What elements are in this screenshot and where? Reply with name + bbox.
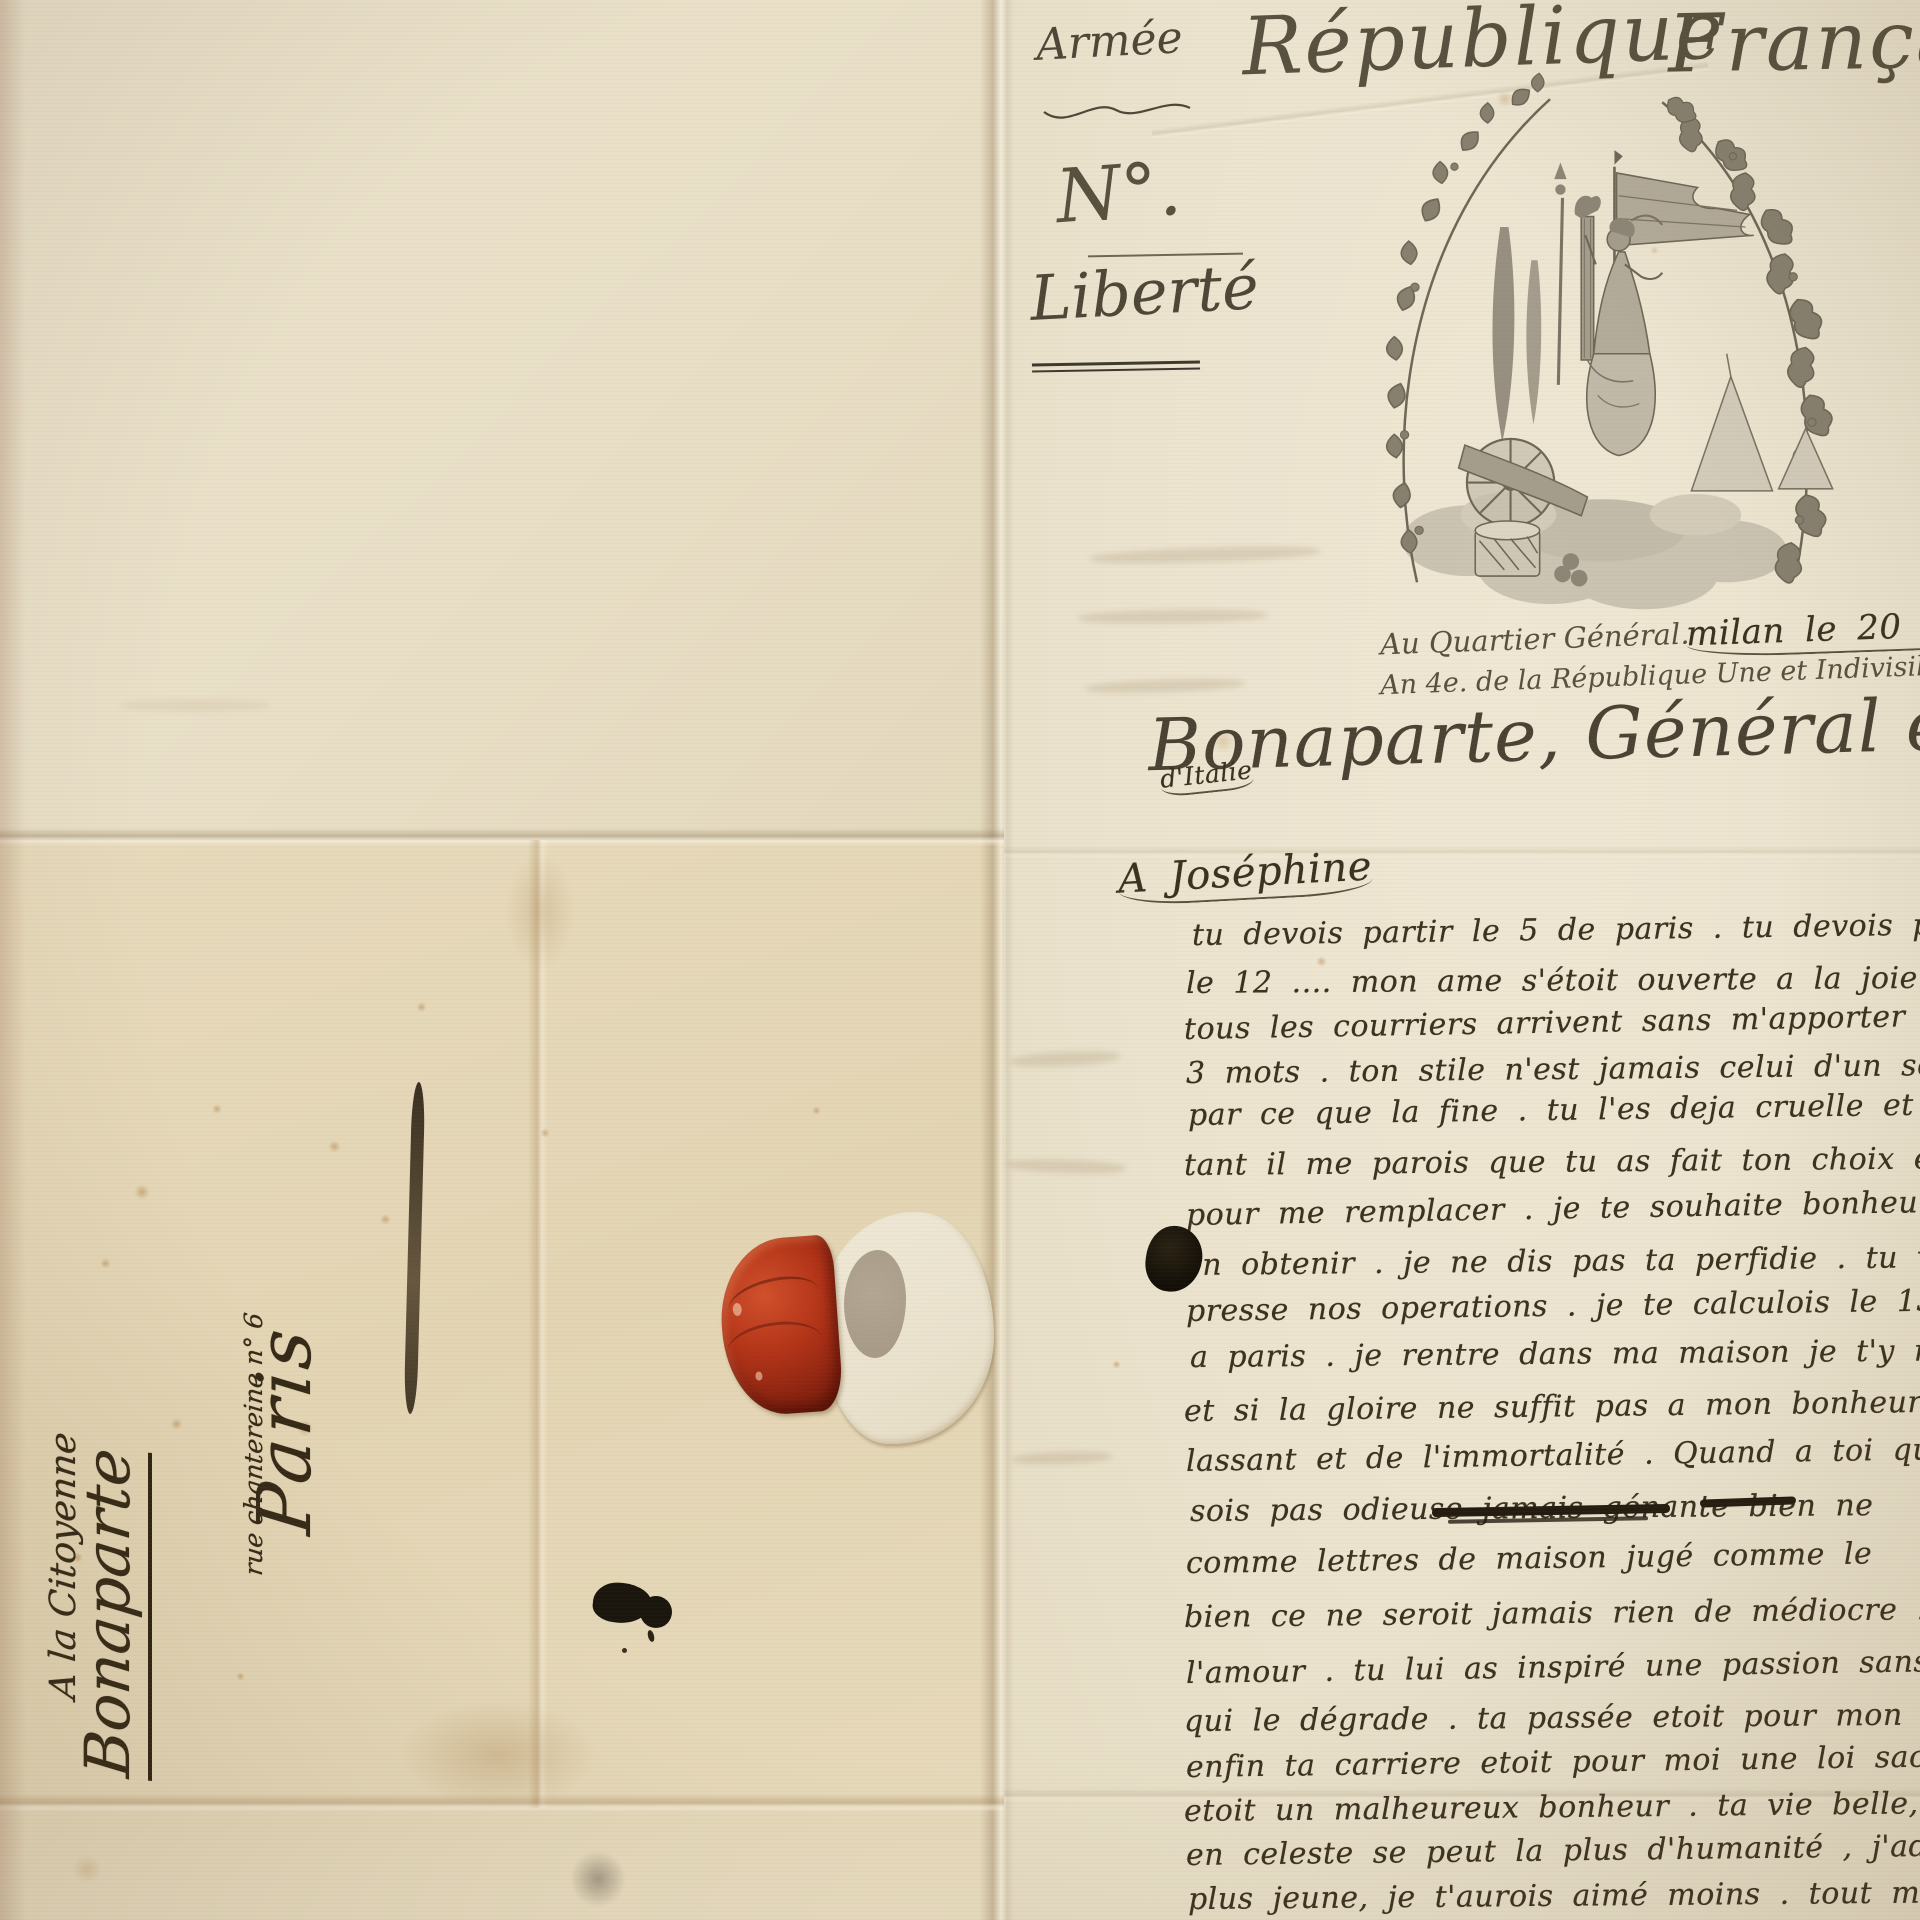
seal-residue [844,1250,906,1358]
francaise-title: Française [1667,0,1920,91]
folded-verso-page-bottom [0,1805,1004,1920]
gray-smudge [572,1852,624,1906]
republic-vignette-engraving [1342,42,1862,627]
figure-torso [1594,252,1650,354]
foxing-spot [380,1214,391,1225]
liberty-cap-icon [1575,196,1601,219]
foxing-spot [540,1128,550,1138]
folded-verso-page-top [0,0,1004,840]
cypress-tree-icon [1492,163,1566,443]
clouds-icon [1402,492,1786,609]
address-name-line: Bonaparte [71,1445,152,1781]
center-fold-crease [980,0,1014,1920]
seal-ridge [725,1316,827,1376]
letter-line: a paris . je rentre dans ma maison je t'… [1190,1332,1920,1375]
paper-edge-shadow [0,0,26,1920]
letter-line: le 12 .... mon ame s'étoit ouverte a la … [1186,960,1920,1001]
foxing-spot [212,1104,222,1114]
foxing-spot [134,1184,150,1200]
fold-stain [398,1700,598,1810]
drum-icon [1475,521,1539,576]
letter-line: qui le dégrade . ta passée etoit pour mo… [1184,1697,1920,1739]
numero-label: N°. [1053,146,1184,241]
letter-line: plus jeune, je t'aurois aimé moins . tou… [1188,1875,1920,1917]
flourish-icon [1038,92,1198,132]
address-city-line: Paris [242,1321,328,1538]
horizontal-fold-crease [0,828,1004,846]
fold-stain [505,852,575,972]
figure-drapery [1587,354,1656,456]
foxing-spot [170,1418,183,1430]
foxing-spot [416,1002,427,1012]
armee-printed-label: Armée [1035,12,1184,71]
ink-speck [622,1648,627,1653]
foxing-spot [100,1258,111,1269]
ink-blot-left [640,1596,672,1628]
letter-line: tant il me parois que tu as fait ton cho… [1184,1141,1920,1183]
foxing-spot [812,1106,821,1115]
foxing-spot [70,1856,104,1882]
foxing-spot [236,1672,245,1681]
manuscript-letter-scan: Armée République Française N°. Liberté [0,0,1920,1920]
seal-highlight [755,1371,763,1380]
ink-bleedthrough [120,700,270,711]
vertical-fold-crease [528,840,548,1808]
foxing-spot [1112,1360,1121,1369]
liberte-label: Liberté [1028,250,1260,335]
foxing-spot [328,1140,341,1153]
